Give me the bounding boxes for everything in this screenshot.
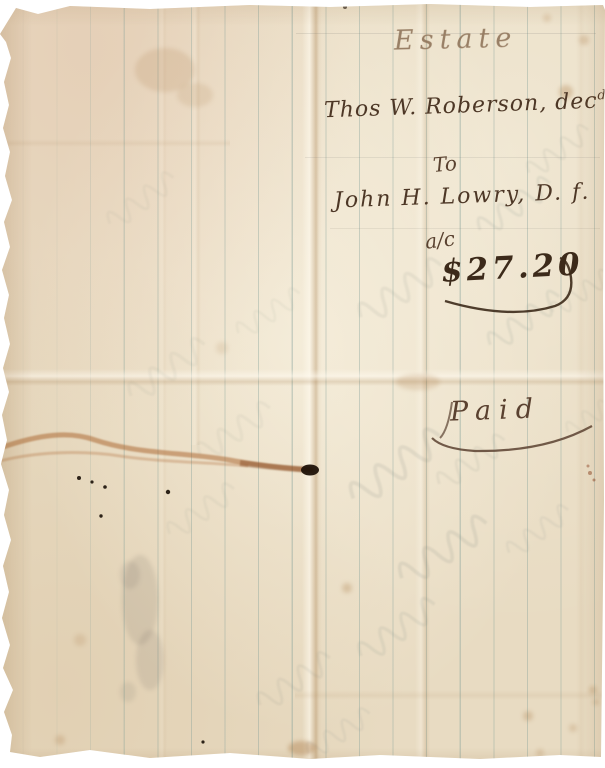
horizontal-crease-lower-right bbox=[295, 690, 605, 700]
faint-guide-rule bbox=[330, 228, 600, 229]
amount-due: $27.20 bbox=[440, 246, 584, 289]
horizontal-fold-crease bbox=[0, 369, 605, 386]
paid-notation: Paid bbox=[449, 393, 541, 427]
horizontal-crease-upper-left bbox=[0, 139, 230, 147]
to-label: To bbox=[432, 151, 458, 177]
decedent-suffix: d bbox=[597, 88, 605, 103]
estate-heading: Estate bbox=[394, 22, 518, 56]
paper-sheet: Estate Thos W. Roberson, decd To John H.… bbox=[0, 0, 605, 768]
account-abbreviation: a/c bbox=[424, 226, 457, 253]
